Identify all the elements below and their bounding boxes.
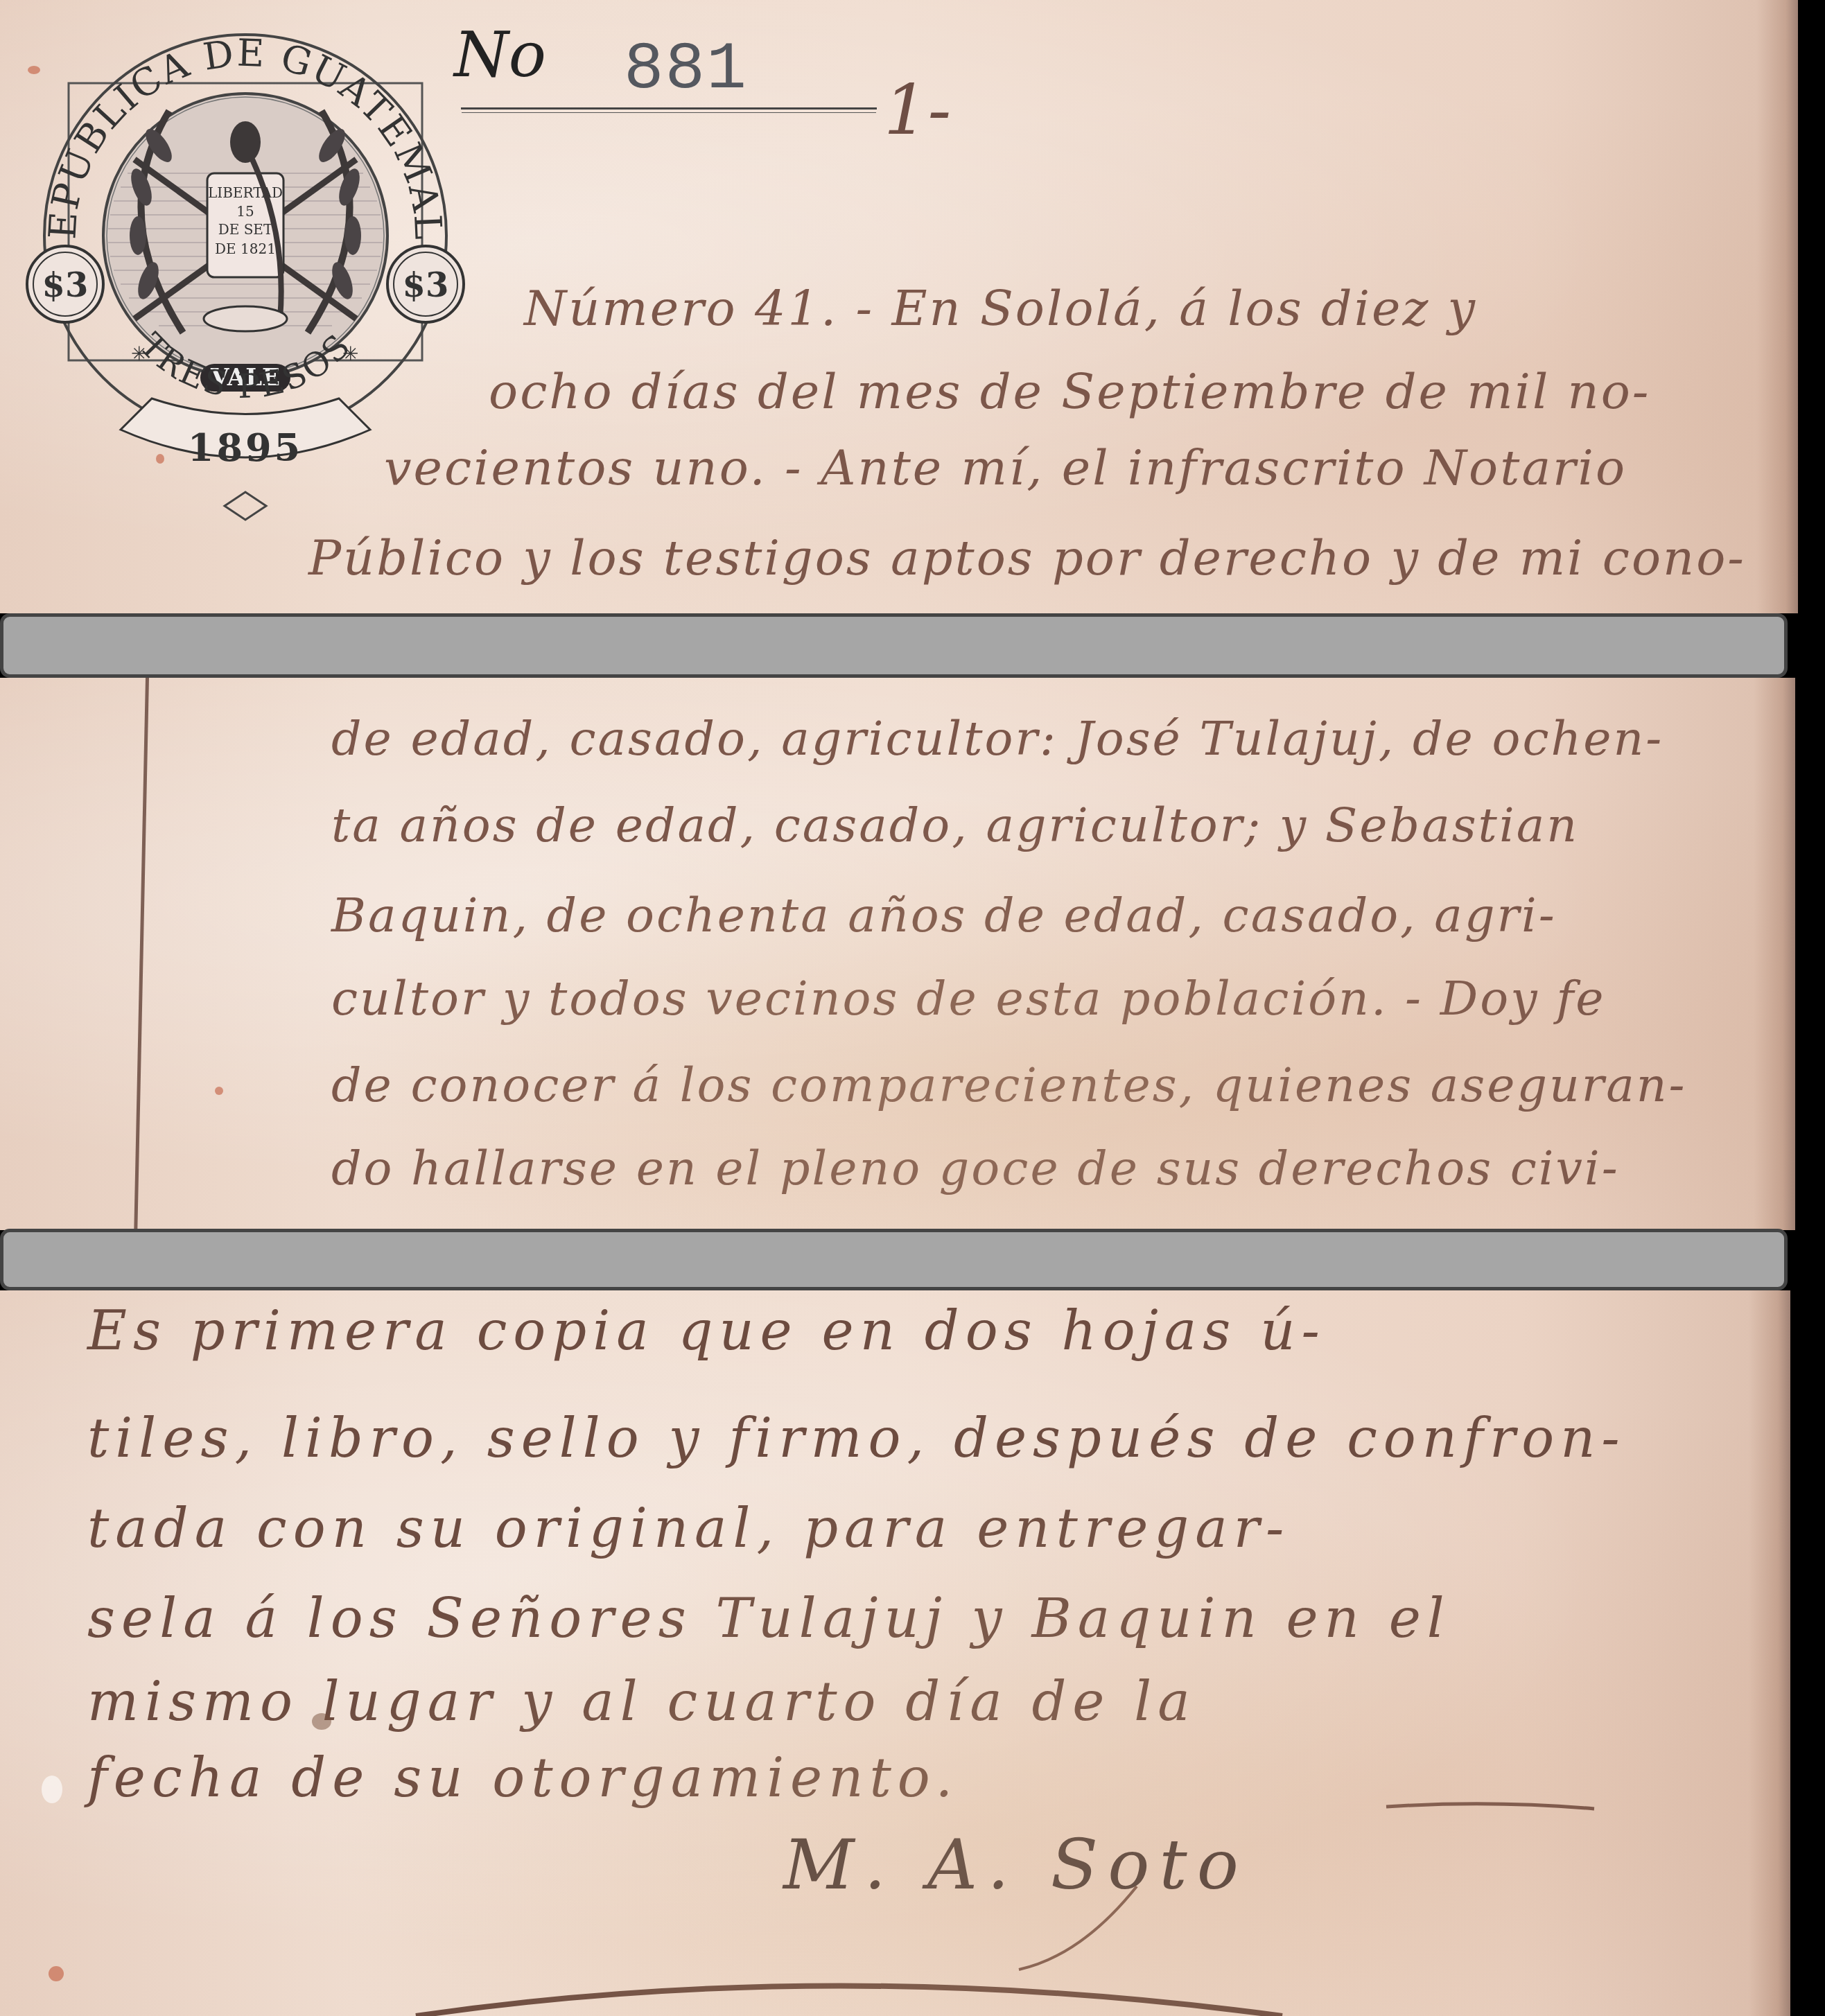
text-line: Número 41. - En Sololá, á los diez y	[524, 284, 1477, 333]
torn-edge	[1754, 678, 1795, 1230]
torn-edge	[1756, 0, 1798, 613]
ink-stain	[215, 1087, 223, 1095]
svg-text:1895: 1895	[188, 426, 303, 470]
document-section-3: Es primera copia que en dos hojas ú- til…	[0, 1290, 1790, 2016]
page-number: 1-	[884, 69, 951, 150]
svg-text:$3: $3	[403, 266, 449, 305]
svg-text:LIBERTAD: LIBERTAD	[208, 184, 283, 201]
svg-text:15: 15	[236, 203, 254, 220]
signature-flourish-icon	[0, 1290, 1790, 2016]
document-number: No 881	[454, 24, 870, 94]
text-line: vecientos uno. - Ante mí, el infrascrito…	[384, 444, 1627, 492]
paper-hole	[42, 1776, 62, 1803]
text-line: Baquin, de ochenta años de edad, casado,…	[331, 893, 1557, 940]
svg-text:$3: $3	[42, 266, 89, 305]
text-line: de edad, casado, agricultor: José Tulaju…	[331, 716, 1664, 763]
text-line: do hallarse en el pleno goce de sus dere…	[331, 1146, 1620, 1193]
text-line: de conocer á los comparecientes, quienes…	[331, 1062, 1687, 1110]
svg-text:✳: ✳	[342, 342, 358, 365]
text-line: ta años de edad, casado, agricultor; y S…	[331, 803, 1579, 850]
ink-stain	[312, 1713, 331, 1730]
document-section-2: de edad, casado, agricultor: José Tulaju…	[0, 678, 1795, 1230]
svg-text:DE 1821: DE 1821	[215, 240, 276, 257]
ink-stain	[156, 454, 164, 464]
section-gap-divider	[0, 1229, 1788, 1290]
svg-text:DE SET: DE SET	[218, 221, 273, 238]
number-value: 881	[624, 37, 748, 103]
section-gap-divider	[0, 613, 1788, 678]
text-line: cultor y todos vecinos de esta población…	[331, 976, 1606, 1023]
document-section-1: LIBERTAD 15 DE SET DE 1821 REPUBLICA DE …	[0, 0, 1798, 613]
ink-stain	[49, 1966, 64, 1981]
number-underline	[461, 107, 877, 109]
text-line: ocho días del mes de Septiembre de mil n…	[489, 367, 1651, 416]
ink-stain	[28, 66, 40, 74]
text-line: Público y los testigos aptos por derecho…	[308, 534, 1746, 582]
svg-text:✳: ✳	[131, 342, 147, 365]
number-label: No	[454, 24, 546, 87]
margin-line	[134, 678, 149, 1230]
